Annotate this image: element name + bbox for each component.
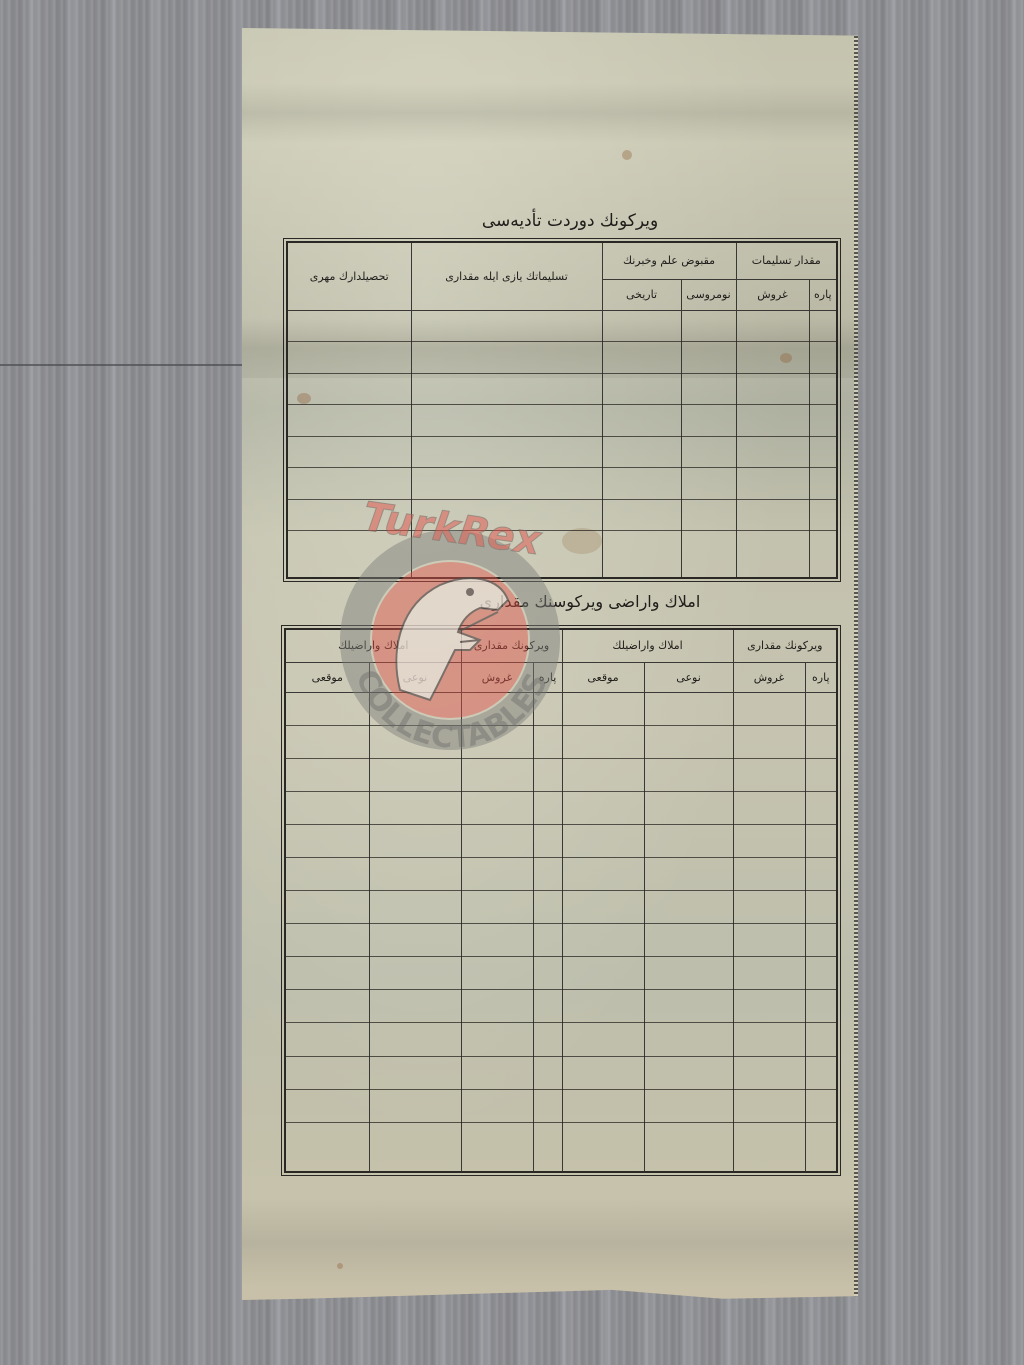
empty-cell <box>287 436 411 468</box>
empty-cell <box>681 468 736 500</box>
empty-cell <box>809 373 837 405</box>
empty-cell <box>644 1122 733 1172</box>
section1-title: ویركونك دوردت تأدیه‌سی <box>455 211 685 231</box>
empty-cell <box>805 1056 837 1089</box>
empty-cell <box>736 436 809 468</box>
table-row <box>285 758 837 791</box>
empty-cell <box>461 924 533 957</box>
empty-cell <box>369 725 461 758</box>
empty-cell <box>461 857 533 890</box>
empty-cell <box>733 957 805 990</box>
empty-cell <box>733 1056 805 1089</box>
empty-cell <box>287 468 411 500</box>
empty-cell <box>736 310 809 342</box>
empty-cell <box>285 758 369 791</box>
empty-cell <box>287 499 411 531</box>
empty-cell <box>733 758 805 791</box>
empty-cell <box>533 824 562 857</box>
header-date: تاریخی <box>602 279 681 310</box>
stain <box>622 150 632 160</box>
empty-cell <box>533 791 562 824</box>
empty-cell <box>285 990 369 1023</box>
empty-cell <box>562 957 644 990</box>
table-row <box>287 310 837 342</box>
empty-cell <box>287 531 411 578</box>
empty-cell <box>809 499 837 531</box>
empty-cell <box>285 1023 369 1056</box>
empty-cell <box>369 824 461 857</box>
header-para: پاره <box>809 279 837 310</box>
empty-cell <box>533 891 562 924</box>
empty-cell <box>285 924 369 957</box>
empty-cell <box>736 405 809 437</box>
header-location: موقعی <box>285 662 369 692</box>
empty-cell <box>644 791 733 824</box>
empty-cell <box>562 824 644 857</box>
empty-cell <box>805 957 837 990</box>
empty-cell <box>733 990 805 1023</box>
header-tax-amount-group-left: ویركونك مقداری <box>461 629 562 662</box>
table-row <box>285 891 837 924</box>
empty-cell <box>805 891 837 924</box>
empty-cell <box>411 342 602 374</box>
table-row <box>285 824 837 857</box>
empty-cell <box>533 1089 562 1122</box>
empty-cell <box>736 499 809 531</box>
empty-cell <box>562 725 644 758</box>
empty-cell <box>602 436 681 468</box>
empty-cell <box>644 957 733 990</box>
empty-cell <box>644 1023 733 1056</box>
empty-cell <box>644 824 733 857</box>
header-kurus: غروش <box>461 662 533 692</box>
empty-cell <box>805 857 837 890</box>
empty-cell <box>809 342 837 374</box>
empty-cell <box>411 373 602 405</box>
empty-cell <box>369 1023 461 1056</box>
empty-cell <box>681 531 736 578</box>
stain <box>337 1263 343 1269</box>
empty-cell <box>733 1122 805 1172</box>
empty-cell <box>562 1122 644 1172</box>
empty-cell <box>644 891 733 924</box>
empty-cell <box>562 692 644 725</box>
empty-cell <box>602 468 681 500</box>
empty-cell <box>287 373 411 405</box>
empty-cell <box>533 990 562 1023</box>
empty-cell <box>411 499 602 531</box>
empty-cell <box>411 468 602 500</box>
empty-cell <box>369 692 461 725</box>
empty-cell <box>461 990 533 1023</box>
empty-cell <box>562 1089 644 1122</box>
empty-cell <box>285 692 369 725</box>
table-row <box>285 1122 837 1172</box>
header-para: پاره <box>805 662 837 692</box>
empty-cell <box>533 1122 562 1172</box>
empty-cell <box>562 990 644 1023</box>
empty-cell <box>285 791 369 824</box>
empty-cell <box>809 310 837 342</box>
table-row <box>287 373 837 405</box>
empty-cell <box>287 342 411 374</box>
empty-cell <box>461 1023 533 1056</box>
empty-cell <box>287 310 411 342</box>
empty-cell <box>805 1089 837 1122</box>
empty-cell <box>533 725 562 758</box>
empty-cell <box>562 857 644 890</box>
empty-cell <box>562 758 644 791</box>
empty-cell <box>733 857 805 890</box>
table-row <box>285 692 837 725</box>
empty-cell <box>681 499 736 531</box>
empty-cell <box>805 1023 837 1056</box>
empty-cell <box>805 924 837 957</box>
empty-cell <box>562 1056 644 1089</box>
table-row <box>287 342 837 374</box>
header-type: نوعی <box>369 662 461 692</box>
empty-cell <box>805 725 837 758</box>
empty-cell <box>533 758 562 791</box>
empty-cell <box>644 990 733 1023</box>
empty-cell <box>644 692 733 725</box>
table-row <box>287 531 837 578</box>
table-row <box>287 468 837 500</box>
empty-cell <box>461 692 533 725</box>
table-row <box>287 436 837 468</box>
empty-cell <box>369 990 461 1023</box>
empty-cell <box>681 405 736 437</box>
empty-cell <box>805 692 837 725</box>
empty-cell <box>285 1089 369 1122</box>
empty-cell <box>369 1122 461 1172</box>
empty-cell <box>369 891 461 924</box>
paper-fold <box>242 1198 858 1288</box>
table-row <box>285 857 837 890</box>
empty-cell <box>736 531 809 578</box>
empty-cell <box>733 924 805 957</box>
header-receipt-group: مقبوض علم وخبرنك <box>602 242 736 279</box>
empty-cell <box>602 499 681 531</box>
header-type: نوعی <box>644 662 733 692</box>
header-amount-in-words: تسلیماتك یازی ایله مقداری <box>411 242 602 310</box>
header-kurus: غروش <box>733 662 805 692</box>
empty-cell <box>461 725 533 758</box>
section2-title: املاك واراضی ویركوسنك مقداری <box>440 592 740 611</box>
property-tax-table: املاك واراضیلك ویركونك مقداری املاك وارا… <box>284 628 838 1173</box>
empty-cell <box>285 957 369 990</box>
empty-cell <box>733 891 805 924</box>
empty-cell <box>533 924 562 957</box>
empty-cell <box>809 531 837 578</box>
header-number: نومروسی <box>681 279 736 310</box>
empty-cell <box>644 1089 733 1122</box>
empty-cell <box>562 891 644 924</box>
table-row <box>287 405 837 437</box>
empty-cell <box>733 824 805 857</box>
empty-cell <box>733 1089 805 1122</box>
header-location: موقعی <box>562 662 644 692</box>
empty-cell <box>736 468 809 500</box>
empty-cell <box>809 436 837 468</box>
header-property-group-right: املاك واراضیلك <box>562 629 733 662</box>
empty-cell <box>369 758 461 791</box>
table-row <box>285 1056 837 1089</box>
header-delivery-amount-group: مقدار تسلیمات <box>736 242 837 279</box>
empty-cell <box>461 1089 533 1122</box>
empty-cell <box>681 373 736 405</box>
empty-cell <box>681 436 736 468</box>
empty-cell <box>733 791 805 824</box>
empty-cell <box>369 957 461 990</box>
empty-cell <box>644 758 733 791</box>
table-row <box>285 1089 837 1122</box>
empty-cell <box>562 791 644 824</box>
empty-cell <box>733 725 805 758</box>
empty-cell <box>533 1056 562 1089</box>
table-row <box>285 957 837 990</box>
table-row <box>285 791 837 824</box>
empty-cell <box>681 342 736 374</box>
empty-cell <box>285 824 369 857</box>
empty-cell <box>733 692 805 725</box>
empty-cell <box>461 957 533 990</box>
empty-cell <box>285 891 369 924</box>
empty-cell <box>461 891 533 924</box>
payment-table: تحصیلدارك مهری تسلیماتك یازی ایله مقداری… <box>286 241 838 579</box>
empty-cell <box>644 924 733 957</box>
empty-cell <box>285 1056 369 1089</box>
empty-cell <box>809 405 837 437</box>
empty-cell <box>411 436 602 468</box>
empty-cell <box>369 1089 461 1122</box>
table-row <box>285 924 837 957</box>
plank-seam <box>0 364 242 366</box>
empty-cell <box>369 924 461 957</box>
empty-cell <box>644 1056 733 1089</box>
table-row <box>285 725 837 758</box>
table-row <box>287 499 837 531</box>
empty-cell <box>736 342 809 374</box>
empty-cell <box>285 725 369 758</box>
empty-cell <box>369 791 461 824</box>
paper-fold <box>242 83 858 143</box>
empty-cell <box>602 373 681 405</box>
empty-cell <box>461 1056 533 1089</box>
empty-cell <box>411 310 602 342</box>
empty-cell <box>287 405 411 437</box>
empty-cell <box>411 531 602 578</box>
header-property-group-left: املاك واراضیلك <box>285 629 461 662</box>
empty-cell <box>805 791 837 824</box>
empty-cell <box>411 405 602 437</box>
empty-cell <box>461 1122 533 1172</box>
empty-cell <box>285 1122 369 1172</box>
empty-cell <box>533 957 562 990</box>
empty-cell <box>562 1023 644 1056</box>
empty-cell <box>644 725 733 758</box>
empty-cell <box>602 531 681 578</box>
empty-cell <box>562 924 644 957</box>
header-para: پاره <box>533 662 562 692</box>
empty-cell <box>805 824 837 857</box>
empty-cell <box>805 758 837 791</box>
empty-cell <box>602 310 681 342</box>
empty-cell <box>533 857 562 890</box>
empty-cell <box>533 1023 562 1056</box>
header-kurus: غروش <box>736 279 809 310</box>
empty-cell <box>736 373 809 405</box>
empty-cell <box>805 990 837 1023</box>
header-tax-amount-group-right: ویركونك مقداری <box>733 629 837 662</box>
table-row <box>285 1023 837 1056</box>
empty-cell <box>602 342 681 374</box>
empty-cell <box>733 1023 805 1056</box>
empty-cell <box>805 1122 837 1172</box>
empty-cell <box>461 791 533 824</box>
empty-cell <box>461 758 533 791</box>
empty-cell <box>809 468 837 500</box>
empty-cell <box>533 692 562 725</box>
empty-cell <box>369 857 461 890</box>
empty-cell <box>644 857 733 890</box>
table-row <box>285 990 837 1023</box>
empty-cell <box>285 857 369 890</box>
empty-cell <box>369 1056 461 1089</box>
empty-cell <box>461 824 533 857</box>
header-collector-seal: تحصیلدارك مهری <box>287 242 411 310</box>
empty-cell <box>602 405 681 437</box>
empty-cell <box>681 310 736 342</box>
perforated-edge <box>854 28 858 1300</box>
